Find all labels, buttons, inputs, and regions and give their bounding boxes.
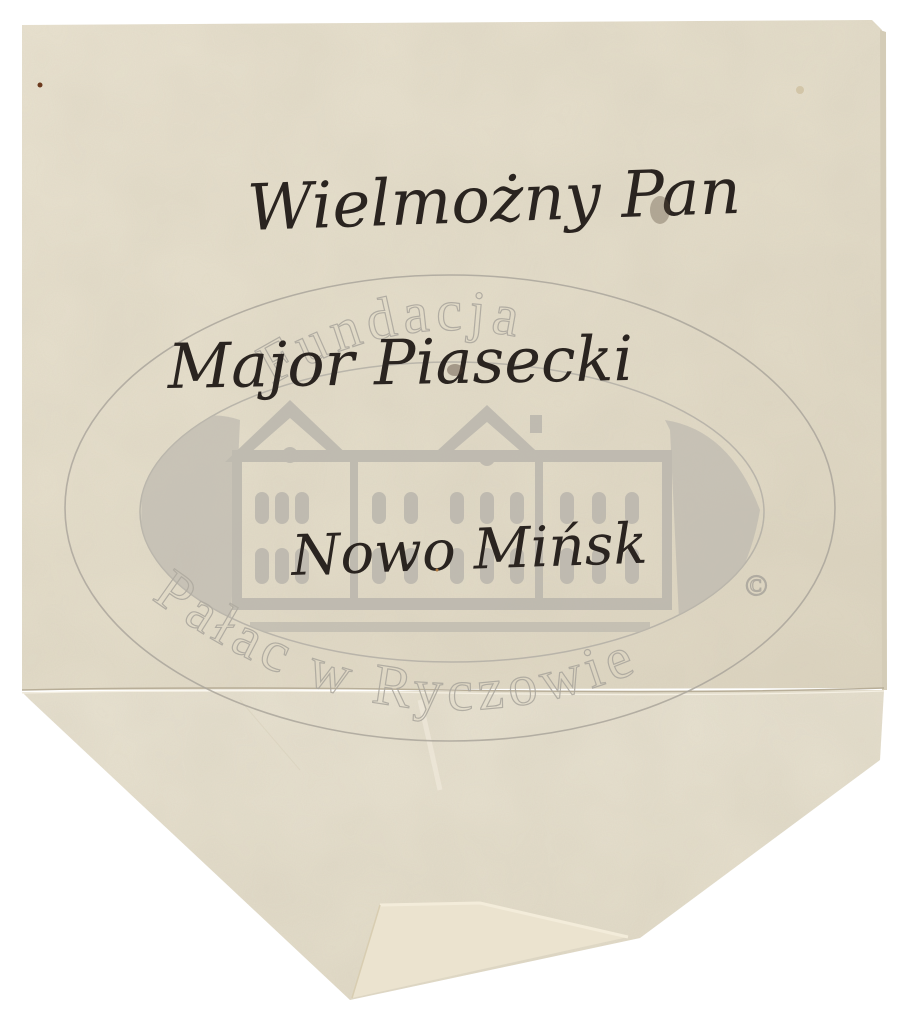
- ink-blot: [447, 364, 463, 376]
- ink-blot: [650, 196, 670, 224]
- stain-dot: [38, 83, 43, 88]
- stain-dot: [796, 86, 804, 94]
- envelope-image: Fundacja Pałac w Ryczowie © Wielmożny Pa…: [0, 0, 902, 1024]
- copyright-icon: ©: [745, 569, 774, 602]
- address-line-3: Nowo Mińsk: [288, 512, 648, 589]
- envelope-flap: [22, 688, 884, 1000]
- stain-dot: [436, 569, 439, 572]
- envelope-scan: Fundacja Pałac w Ryczowie © Wielmożny Pa…: [0, 0, 902, 1024]
- address-line-2: Major Piasecki: [166, 322, 634, 403]
